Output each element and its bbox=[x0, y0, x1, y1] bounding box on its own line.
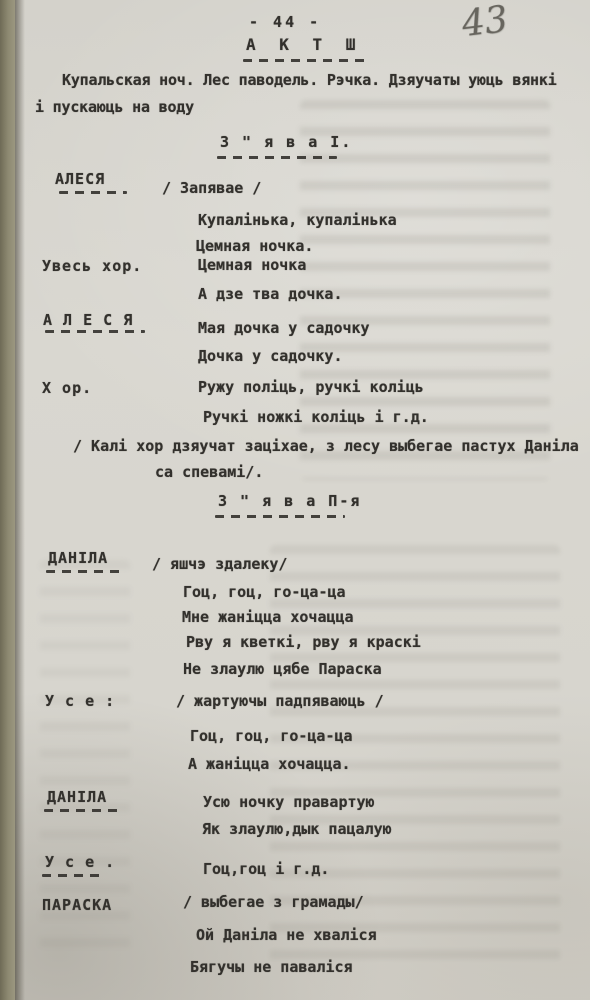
verse-line: Гоц,гоц і г.д. bbox=[203, 860, 329, 878]
verse-line: Усю ночку правартую bbox=[203, 793, 375, 811]
scene-2-heading-underline bbox=[215, 515, 345, 518]
speaker-chorus: Х ор. bbox=[42, 379, 92, 397]
inline-direction: / яшчэ здалеку/ bbox=[152, 555, 287, 573]
inline-direction: / выбегае з грамады/ bbox=[183, 893, 364, 911]
verse-line: Ружу поліць, ручкі коліць bbox=[198, 378, 424, 396]
act-title: А К Т Ш bbox=[246, 36, 362, 54]
act-title-underline bbox=[243, 59, 365, 62]
handwritten-page-number: 43 bbox=[460, 0, 510, 46]
verse-line: Ручкі ножкі коліць і г.д. bbox=[203, 408, 429, 426]
setting-line: Купальская ноч. Лес паводель. Рэчка. Дзя… bbox=[62, 71, 557, 89]
verse-line: А дзе тва дочка. bbox=[198, 285, 343, 303]
verse-line: Мне жаніцца хочацца bbox=[182, 608, 354, 626]
speaker-paraska: ПАРАСКА bbox=[42, 896, 112, 914]
verse-line: Не злаулю цябе Параска bbox=[183, 660, 382, 678]
speaker-danila: ДАНІЛА bbox=[47, 788, 107, 806]
inline-direction: / Запявае / bbox=[162, 179, 261, 197]
stage-direction: са спевамі/. bbox=[155, 463, 263, 481]
speaker-alesya: АЛЕСЯ bbox=[55, 170, 105, 188]
verse-line: Рву я кветкі, рву я краскі bbox=[186, 633, 421, 651]
speaker-underline bbox=[44, 809, 122, 812]
binding-shadow bbox=[15, 0, 25, 1000]
verse-line: Як злаулю,дык пацалую bbox=[202, 820, 392, 838]
speaker-underline bbox=[42, 874, 104, 877]
verse-line: Цемная ночка bbox=[198, 256, 306, 274]
speaker-underline bbox=[46, 570, 122, 573]
stage-direction: / Калі хор дзяучат заціхае, з лесу выбег… bbox=[73, 437, 579, 455]
setting-line: і пускаюць на воду bbox=[35, 98, 194, 116]
verse-line: Мая дочка у садочку bbox=[198, 319, 370, 337]
verse-line: А жаніцца хочацца. bbox=[188, 755, 351, 773]
scene-1-heading-underline bbox=[217, 156, 337, 159]
book-binding-edge bbox=[0, 0, 15, 1000]
speaker-underline bbox=[59, 191, 127, 194]
speaker-underline bbox=[45, 330, 145, 333]
verse-line: Гоц, гоц, го-ца-ца bbox=[183, 583, 346, 601]
verse-line: Дочка у садочку. bbox=[198, 347, 343, 365]
scene-1-heading: З " я в а І. bbox=[220, 133, 352, 151]
typed-page-number: - 44 - bbox=[249, 13, 321, 31]
inline-direction: / жартуючы падпяваюць / bbox=[176, 692, 384, 710]
verse-line: Ой Даніла не хваліся bbox=[196, 926, 377, 944]
verse-line: Купалінька, купалінька bbox=[198, 211, 397, 229]
speaker-danila: ДАНІЛА bbox=[48, 549, 108, 567]
verse-line: Цемная ночка. bbox=[196, 237, 313, 255]
scene-2-heading: З " я в а П-я bbox=[218, 492, 361, 510]
verse-line: Гоц, гоц, го-ца-ца bbox=[190, 727, 353, 745]
speaker-chorus: Увесь хор. bbox=[42, 257, 142, 275]
speaker-use: У с е : bbox=[45, 692, 115, 710]
speaker-use: У с е . bbox=[45, 853, 115, 871]
speaker-alesya: А Л Е С Я bbox=[43, 311, 133, 329]
verse-line: Бягучы не паваліся bbox=[190, 958, 353, 976]
